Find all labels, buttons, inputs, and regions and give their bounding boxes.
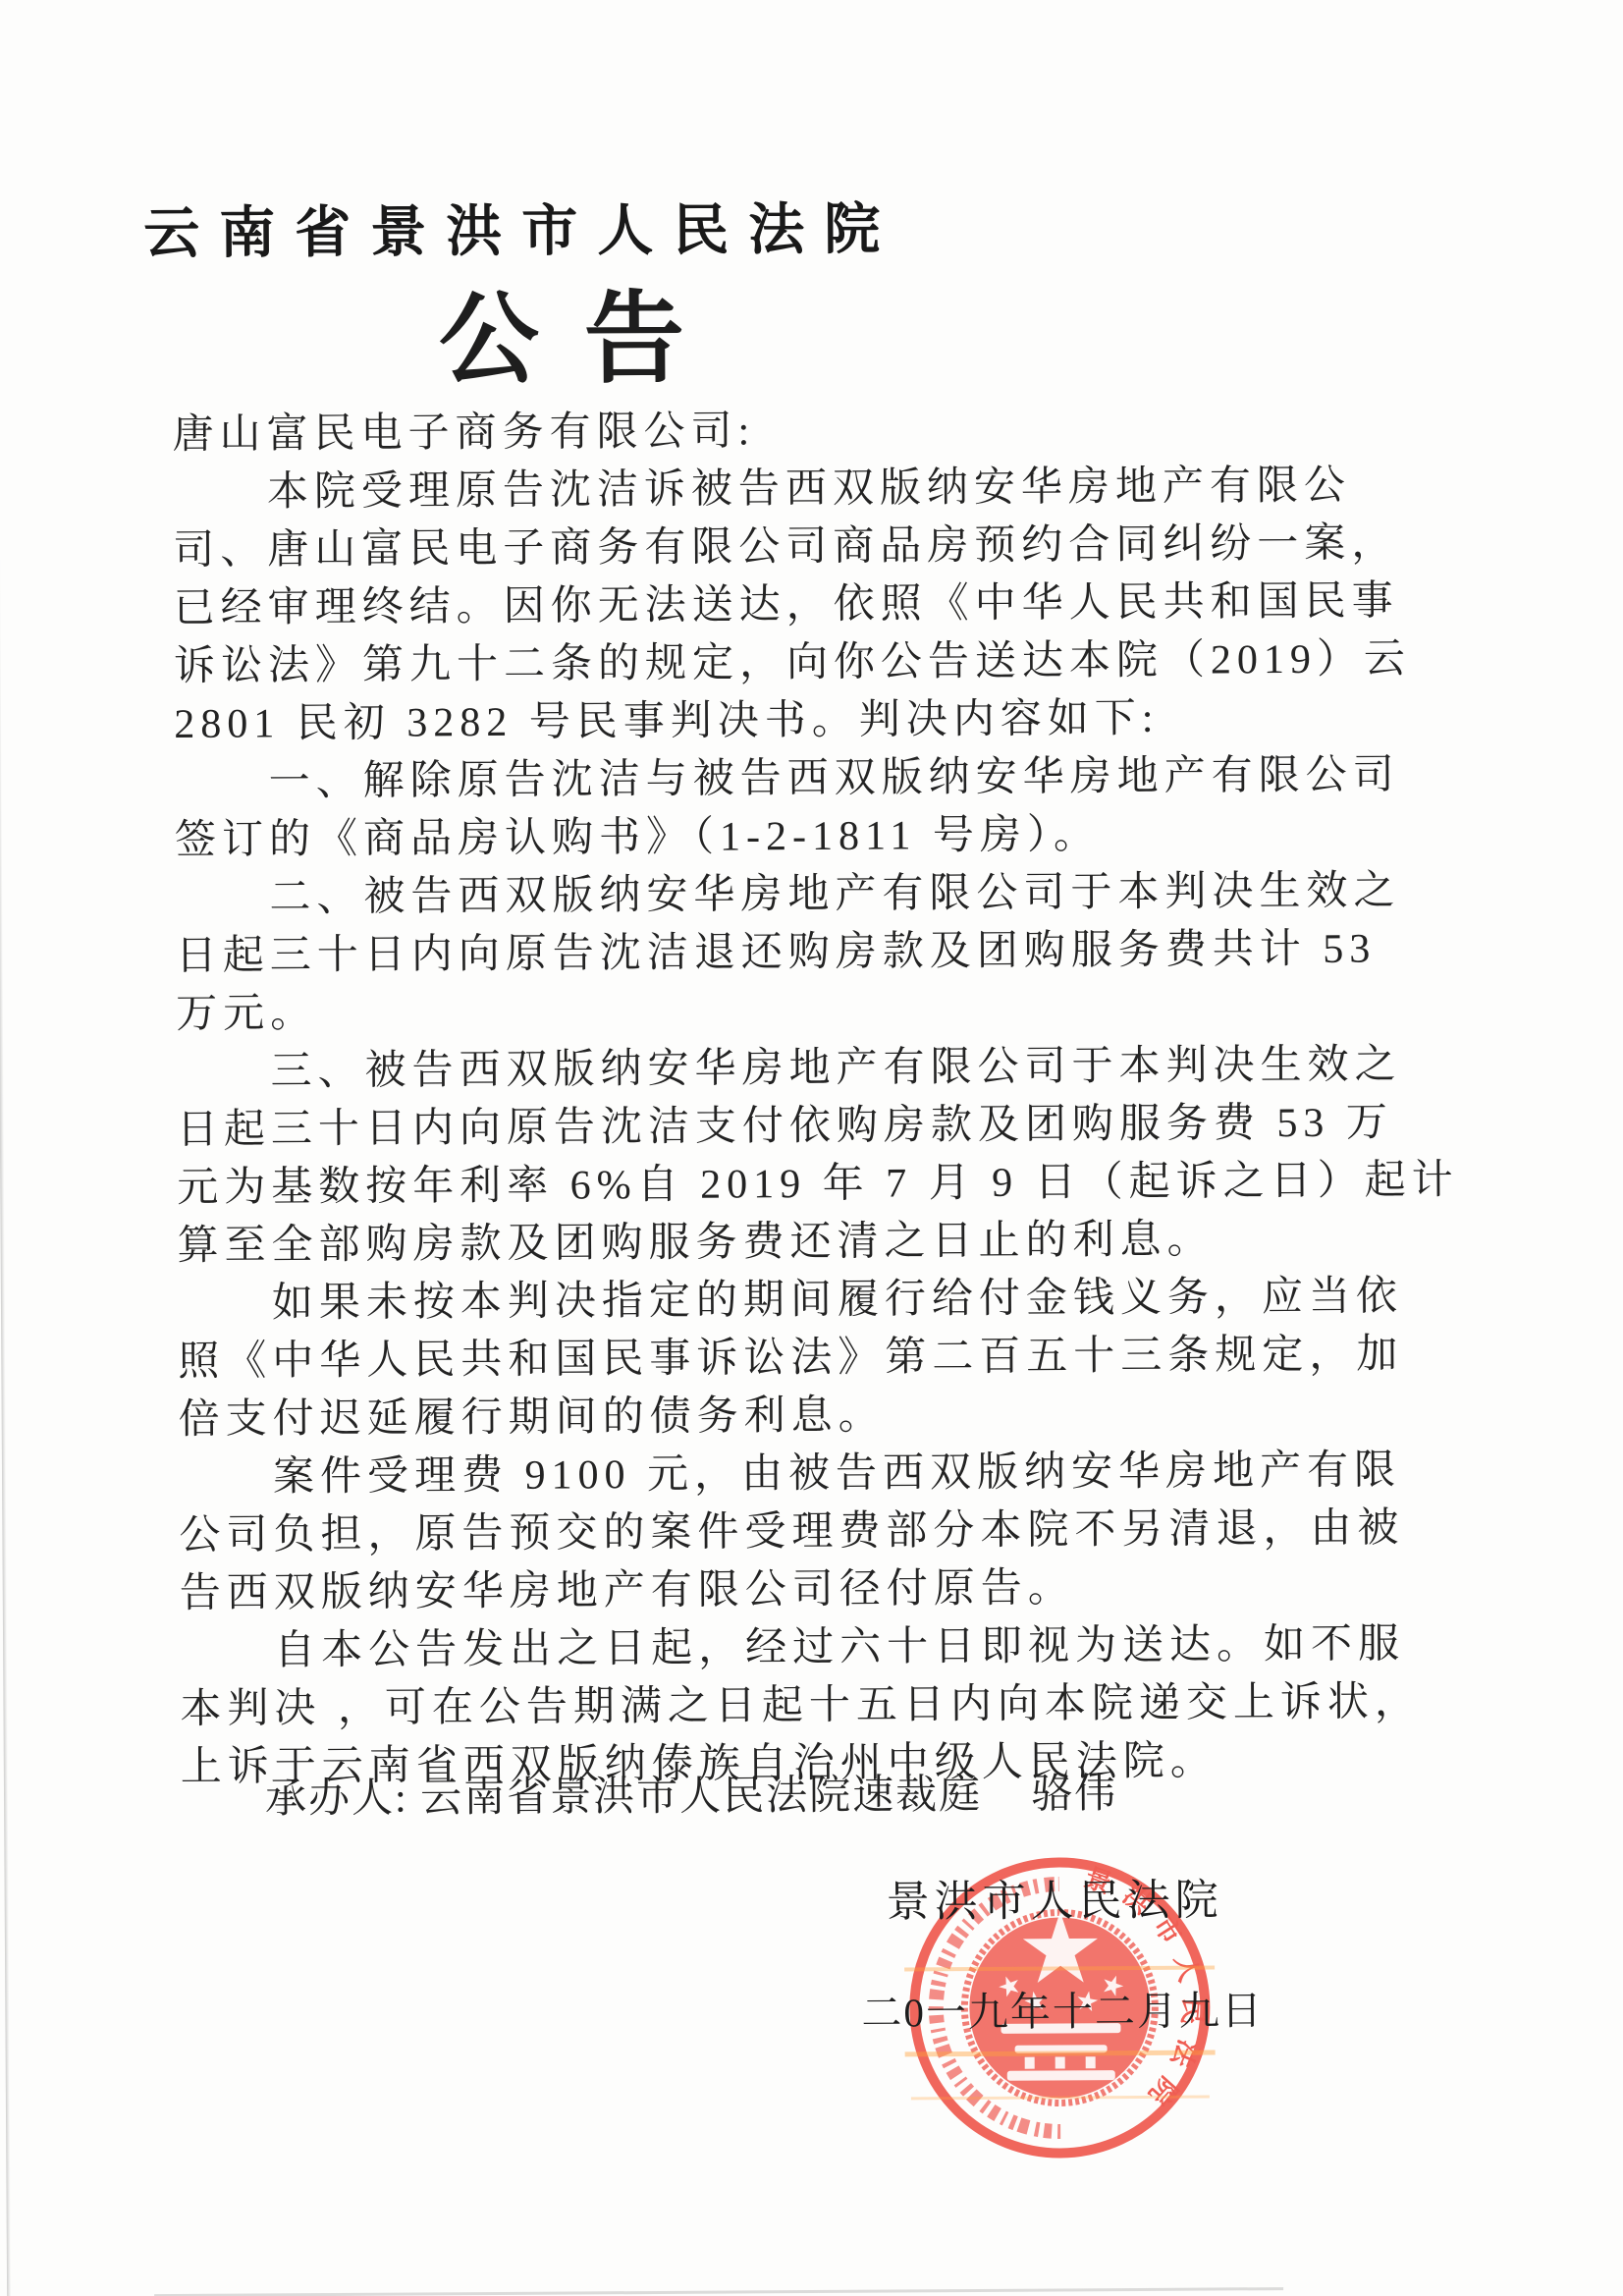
court-signature: 景洪市人民法院 xyxy=(887,1875,1223,1929)
body-line: 案件受理费 9100 元，由被告西双版纳安华房地产有限 xyxy=(179,1442,1435,1507)
body-line: 元为基数按年利率 6%自 2019 年 7 月 9 日（起诉之日）起计 xyxy=(177,1152,1434,1218)
scanned-document: 云南省景洪市人民法院 公告 唐山富民电子商务有限公司: 本院受理原告沈洁诉被告西… xyxy=(0,0,1623,2296)
body-line: 如果未按本判决指定的期间履行给付金钱义务，应当依 xyxy=(178,1268,1434,1334)
issue-date: 二0一九年十二月九日 xyxy=(861,1987,1264,2038)
handler-label: 承办人: 云南省景洪市人民法院速裁庭 xyxy=(265,1773,982,1822)
body-line: 算至全部购房款及团购服务费还清之日止的利息。 xyxy=(177,1210,1434,1276)
body-line: 自本公告发出之日起，经过六十日即视为送达。如不服 xyxy=(180,1615,1436,1681)
body-line: 二、被告西双版纳安华房地产有限公司于本判决生效之 xyxy=(175,862,1432,928)
scan-edge-left xyxy=(0,5,11,2296)
handler-name: 骆伟 xyxy=(1031,1772,1117,1818)
body-line: 诉讼法》第九十二条的规定，向你公告送达本院（2019）云 xyxy=(174,630,1431,696)
announcement-page: 云南省景洪市人民法院 公告 唐山富民电子商务有限公司: 本院受理原告沈洁诉被告西… xyxy=(0,0,1623,2296)
body-line: 2801 民初 3282 号民事判决书。判决内容如下: xyxy=(174,688,1431,754)
body-line: 日起三十日内向原告沈洁退还购房款及团购服务费共计 53 xyxy=(176,920,1433,986)
body-line: 一、解除原告沈洁与被告西双版纳安华房地产有限公司 xyxy=(175,746,1432,812)
court-title: 云南省景洪市人民法院 xyxy=(143,201,899,262)
body-line: 万元。 xyxy=(176,978,1433,1044)
scan-edge-bottom xyxy=(154,2287,1283,2296)
body-line: 本判决 ，可在公告期满之日起十五日内向本院递交上诉状， xyxy=(180,1673,1436,1739)
body-line: 司、唐山富民电子商务有限公司商品房预约合同纠纷一案， xyxy=(173,515,1430,580)
body-line: 照《中华人民共和国民事诉讼法》第二百五十三条规定，加 xyxy=(178,1326,1434,1392)
body-line: 已经审理终结。因你无法送达，依照《中华人民共和国民事 xyxy=(173,573,1430,638)
handler-line: 承办人: 云南省景洪市人民法院速裁庭骆伟 xyxy=(265,1766,1118,1829)
body-line: 本院受理原告沈洁诉被告西双版纳安华房地产有限公 xyxy=(173,457,1430,522)
body-line: 倍支付迟延履行期间的债务利息。 xyxy=(179,1384,1435,1449)
body-line: 告西双版纳安华房地产有限公司径付原告。 xyxy=(180,1558,1436,1623)
announcement-body: 唐山富民电子商务有限公司: 本院受理原告沈洁诉被告西双版纳安华房地产有限公 司、… xyxy=(172,399,1437,1797)
body-line: 签订的《商品房认购书》（1-2-1811 号房）。 xyxy=(175,804,1432,870)
body-line: 日起三十日内向原告沈洁支付依购房款及团购服务费 53 万 xyxy=(177,1094,1434,1160)
body-line: 三、被告西双版纳安华房地产有限公司于本判决生效之 xyxy=(176,1036,1433,1102)
announcement-heading: 公告 xyxy=(439,287,730,394)
salutation-line: 唐山富民电子商务有限公司: xyxy=(172,399,1429,465)
body-line: 公司负担，原告预交的案件受理费部分本院不另清退，由被 xyxy=(179,1500,1435,1565)
